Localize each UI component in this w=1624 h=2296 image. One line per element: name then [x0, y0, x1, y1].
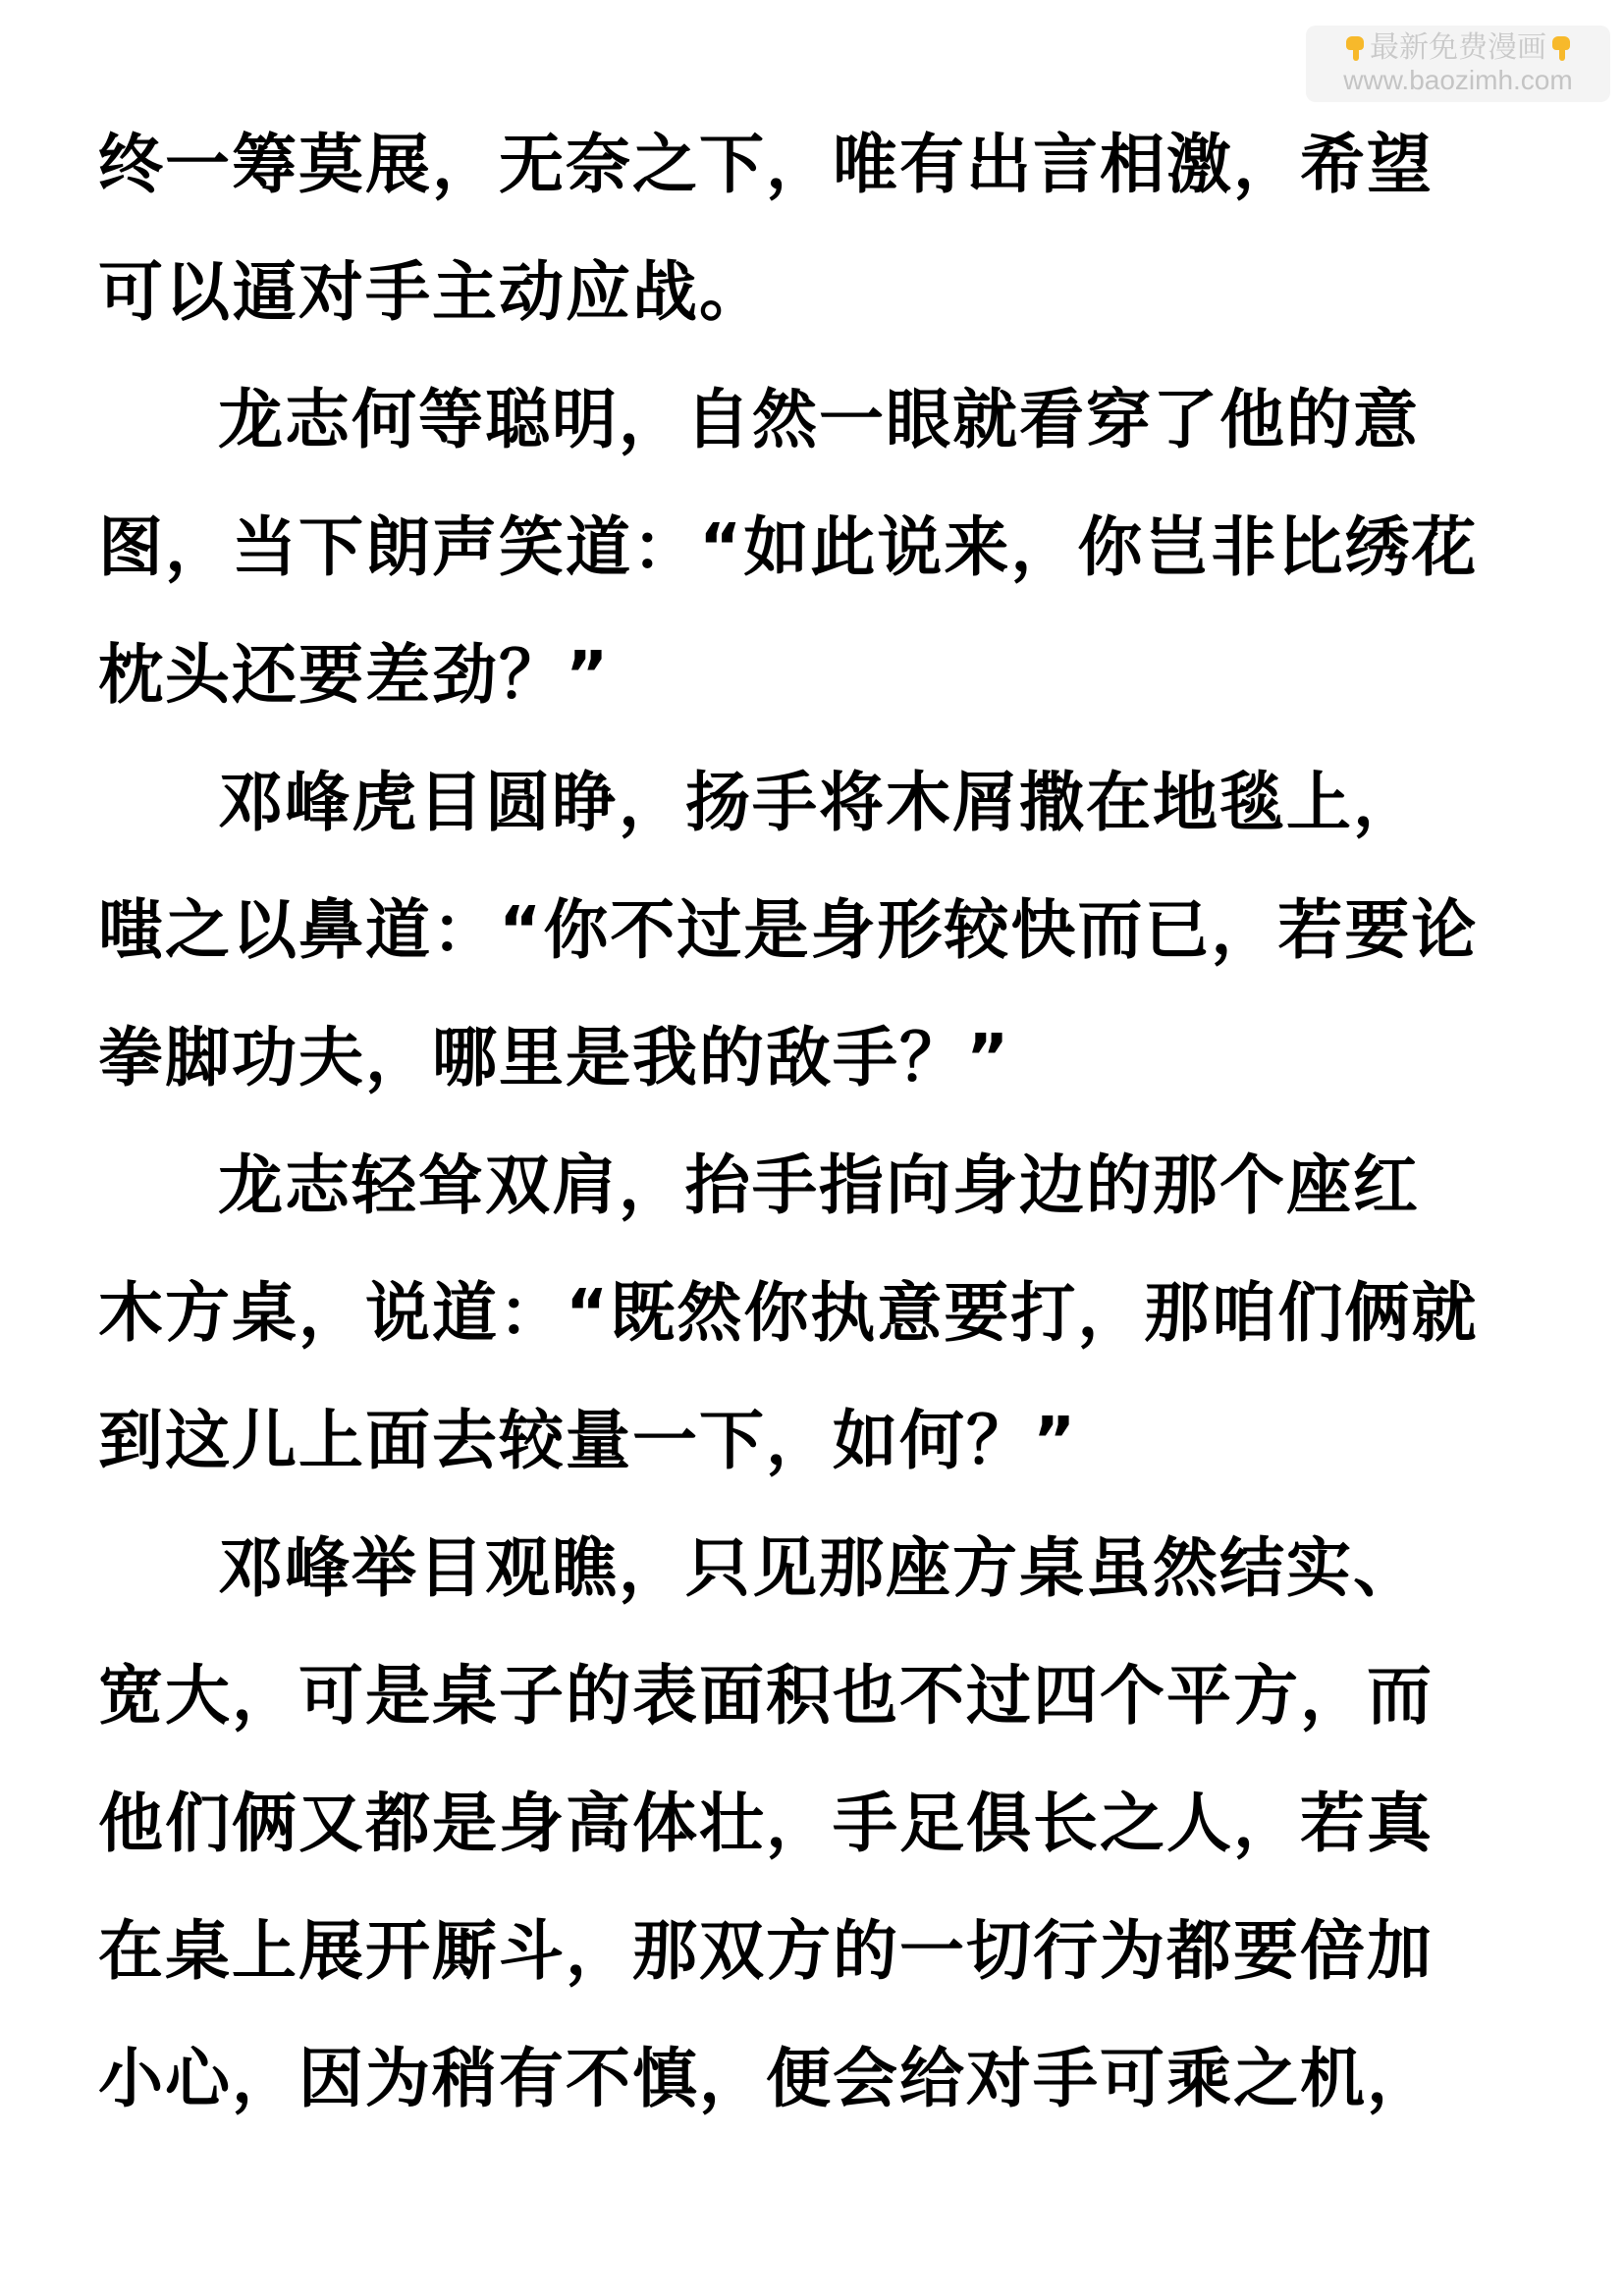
- paragraph-start-line: 邓峰举目观瞧，只见那座方桌虽然结实、: [98, 1520, 1542, 1647]
- text-line: 小心，因为稍有不慎，便会给对手可乘之机，: [98, 2030, 1542, 2158]
- text-line: 终一筹莫展，无奈之下，唯有出言相激，希望: [98, 116, 1542, 243]
- watermark-badge: 最新免费漫画 www.baozimh.com: [1306, 26, 1610, 102]
- document-page: 终一筹莫展，无奈之下，唯有出言相激，希望 可以逼对手主动应战。 龙志何等聪明，自…: [98, 116, 1542, 2158]
- text-line: 嗤之以鼻道：“你不过是身形较快而已，若要论: [98, 881, 1542, 1009]
- paragraph-start-line: 龙志何等聪明，自然一眼就看穿了他的意: [98, 371, 1542, 499]
- watermark-top-row: 最新免费漫画: [1306, 31, 1610, 65]
- text-line: 图，当下朗声笑道：“如此说来，你岂非比绣花: [98, 499, 1542, 626]
- paragraph-start-line: 邓峰虎目圆睁，扬手将木屑撒在地毯上，: [98, 754, 1542, 881]
- text-line: 拳脚功夫，哪里是我的敌手？”: [98, 1009, 1542, 1137]
- text-line: 到这儿上面去较量一下，如何？”: [98, 1392, 1542, 1520]
- pointing-down-hand-icon: [1550, 34, 1572, 62]
- text-line: 宽大，可是桌子的表面积也不过四个平方，而: [98, 1647, 1542, 1775]
- watermark-title: 最新免费漫画: [1370, 31, 1546, 65]
- paragraph-start-line: 龙志轻耸双肩，抬手指向身边的那个座红: [98, 1137, 1542, 1264]
- watermark-url: www.baozimh.com: [1306, 65, 1610, 96]
- text-line: 枕头还要差劲？”: [98, 626, 1542, 754]
- text-line: 他们俩又都是身高体壮，手足俱长之人，若真: [98, 1775, 1542, 1902]
- text-line: 可以逼对手主动应战。: [98, 243, 1542, 371]
- text-line: 木方桌，说道：“既然你执意要打，那咱们俩就: [98, 1264, 1542, 1392]
- text-line: 在桌上展开厮斗，那双方的一切行为都要倍加: [98, 1902, 1542, 2030]
- pointing-down-hand-icon: [1344, 34, 1366, 62]
